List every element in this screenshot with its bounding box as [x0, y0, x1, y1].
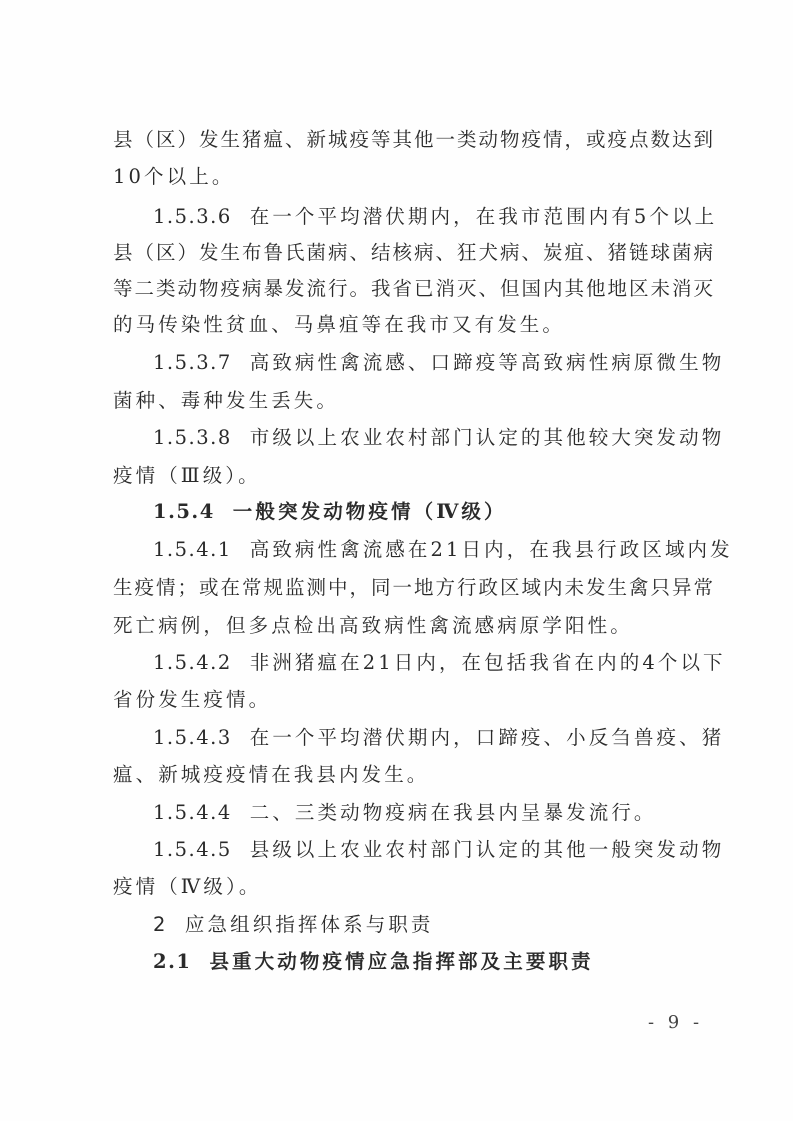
clause-number: 1.5.4.4	[153, 801, 232, 824]
chapter-heading-2: 2应急组织指挥体系与职责	[153, 912, 753, 938]
clause-number: 1.5.4.5	[153, 838, 232, 861]
paragraph-line: 10个以上。	[113, 164, 713, 190]
section-number: 1.5.4	[153, 500, 215, 523]
paragraph-line: 等二类动物疫病暴发流行。我省已消灭、但国内其他地区未消灭	[113, 276, 713, 302]
clause-1-5-4-5: 1.5.4.5县级以上农业农村部门认定的其他一般突发动物	[153, 837, 753, 863]
clause-1-5-4-3: 1.5.4.3在一个平均潜伏期内，口蹄疫、小反刍兽疫、猪	[153, 725, 753, 751]
clause-number: 1.5.3.8	[153, 426, 232, 449]
clause-1-5-3-6: 1.5.3.6在一个平均潜伏期内，在我市范围内有5个以上	[153, 204, 753, 230]
chapter-number: 2	[153, 913, 167, 936]
clause-number: 1.5.4.2	[153, 651, 232, 674]
clause-1-5-3-7: 1.5.3.7高致病性禽流感、口蹄疫等高致病性病原微生物	[153, 350, 753, 376]
paragraph-line: 菌种、毒种发生丢失。	[113, 388, 713, 414]
paragraph-line: 死亡病例，但多点检出高致病性禽流感病原学阳性。	[113, 613, 713, 639]
paragraph-line: 县（区）发生猪瘟、新城疫等其他一类动物疫情，或疫点数达到	[113, 127, 713, 153]
paragraph-line: 生疫情；或在常规监测中，同一地方行政区域内未发生禽只异常	[113, 575, 713, 601]
clause-number: 1.5.3.6	[153, 205, 232, 228]
clause-1-5-4-2: 1.5.4.2非洲猪瘟在21日内，在包括我省在内的4个以下	[153, 650, 753, 676]
section-number: 2.1	[153, 950, 191, 973]
section-heading-1-5-4: 1.5.4一般突发动物疫情（Ⅳ级）	[153, 499, 753, 525]
clause-number: 1.5.4.1	[153, 538, 232, 561]
clause-number: 1.5.3.7	[153, 351, 232, 374]
clause-1-5-3-8: 1.5.3.8市级以上农业农村部门认定的其他较大突发动物	[153, 425, 753, 451]
document-page: 县（区）发生猪瘟、新城疫等其他一类动物疫情，或疫点数达到 10个以上。 1.5.…	[0, 0, 793, 1121]
section-heading-2-1: 2.1县重大动物疫情应急指挥部及主要职责	[153, 949, 753, 975]
paragraph-line: 疫情（Ⅳ级）。	[113, 874, 713, 900]
clause-number: 1.5.4.3	[153, 726, 232, 749]
page-number: - 9 -	[648, 1012, 703, 1033]
clause-1-5-4-1: 1.5.4.1高致病性禽流感在21日内，在我县行政区域内发	[153, 537, 753, 563]
paragraph-line: 省份发生疫情。	[113, 687, 713, 713]
paragraph-line: 瘟、新城疫疫情在我县内发生。	[113, 762, 713, 788]
paragraph-line: 的马传染性贫血、马鼻疽等在我市又有发生。	[113, 312, 713, 338]
clause-1-5-4-4: 1.5.4.4二、三类动物疫病在我县内呈暴发流行。	[153, 800, 753, 826]
paragraph-line: 疫情（Ⅲ级）。	[113, 463, 713, 489]
paragraph-line: 县（区）发生布鲁氏菌病、结核病、狂犬病、炭疽、猪链球菌病	[113, 240, 713, 266]
